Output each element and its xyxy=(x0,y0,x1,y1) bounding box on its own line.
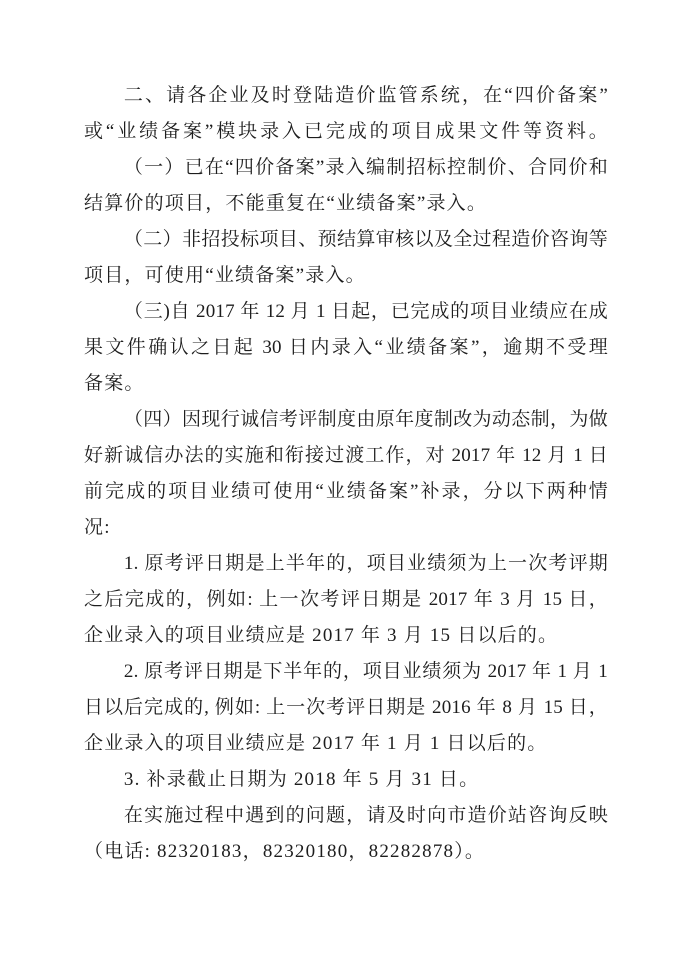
text-line: 好新诚信办法的实施和衔接过渡工作，对 2017 年 12 月 1 日 xyxy=(84,438,608,474)
text-line: 1. 原考评日期是上半年的，项目业绩须为上一次考评期 xyxy=(84,546,608,582)
text-line: （一）已在“四价备案”录入编制招标控制价、合同价和 xyxy=(84,150,608,186)
text-line: （三)自 2017 年 12 月 1 日起，已完成的项目业绩应在成 xyxy=(84,294,608,330)
text-line: 项目，可使用“业绩备案”录入。 xyxy=(84,258,608,294)
document-page: 二、请各企业及时登陆造价监管系统，在“四价备案” 或“业绩备案”模块录入已完成的… xyxy=(0,0,680,966)
text-line: 3. 补录截止日期为 2018 年 5 月 31 日。 xyxy=(84,762,608,798)
text-line: （二）非招投标项目、预结算审核以及全过程造价咨询等 xyxy=(84,222,608,258)
text-line: 2. 原考评日期是下半年的，项目业绩须为 2017 年 1 月 1 xyxy=(84,654,608,690)
text-line: 或“业绩备案”模块录入已完成的项目成果文件等资料。 xyxy=(84,114,608,150)
text-line: 备案。 xyxy=(84,366,608,402)
text-line: 果文件确认之日起 30 日内录入“业绩备案”，逾期不受理 xyxy=(84,330,608,366)
text-line: 企业录入的项目业绩应是 2017 年 1 月 1 日以后的。 xyxy=(84,726,608,762)
text-line: 日以后完成的, 例如: 上一次考评日期是 2016 年 8 月 15 日， xyxy=(84,690,608,726)
text-line: 前完成的项目业绩可使用“业绩备案”补录，分以下两种情 xyxy=(84,474,608,510)
text-line: （四）因现行诚信考评制度由原年度制改为动态制，为做 xyxy=(84,402,608,438)
text-line: 结算价的项目，不能重复在“业绩备案”录入。 xyxy=(84,186,608,222)
document-body: 二、请各企业及时登陆造价监管系统，在“四价备案” 或“业绩备案”模块录入已完成的… xyxy=(84,78,608,870)
text-line: 况: xyxy=(84,510,608,546)
text-line: 在实施过程中遇到的问题，请及时向市造价站咨询反映 xyxy=(84,798,608,834)
text-line: （电话: 82320183，82320180，82282878）。 xyxy=(84,834,608,870)
text-line: 之后完成的，例如: 上一次考评日期是 2017 年 3 月 15 日， xyxy=(84,582,608,618)
text-line: 企业录入的项目业绩应是 2017 年 3 月 15 日以后的。 xyxy=(84,618,608,654)
text-line: 二、请各企业及时登陆造价监管系统，在“四价备案” xyxy=(84,78,608,114)
